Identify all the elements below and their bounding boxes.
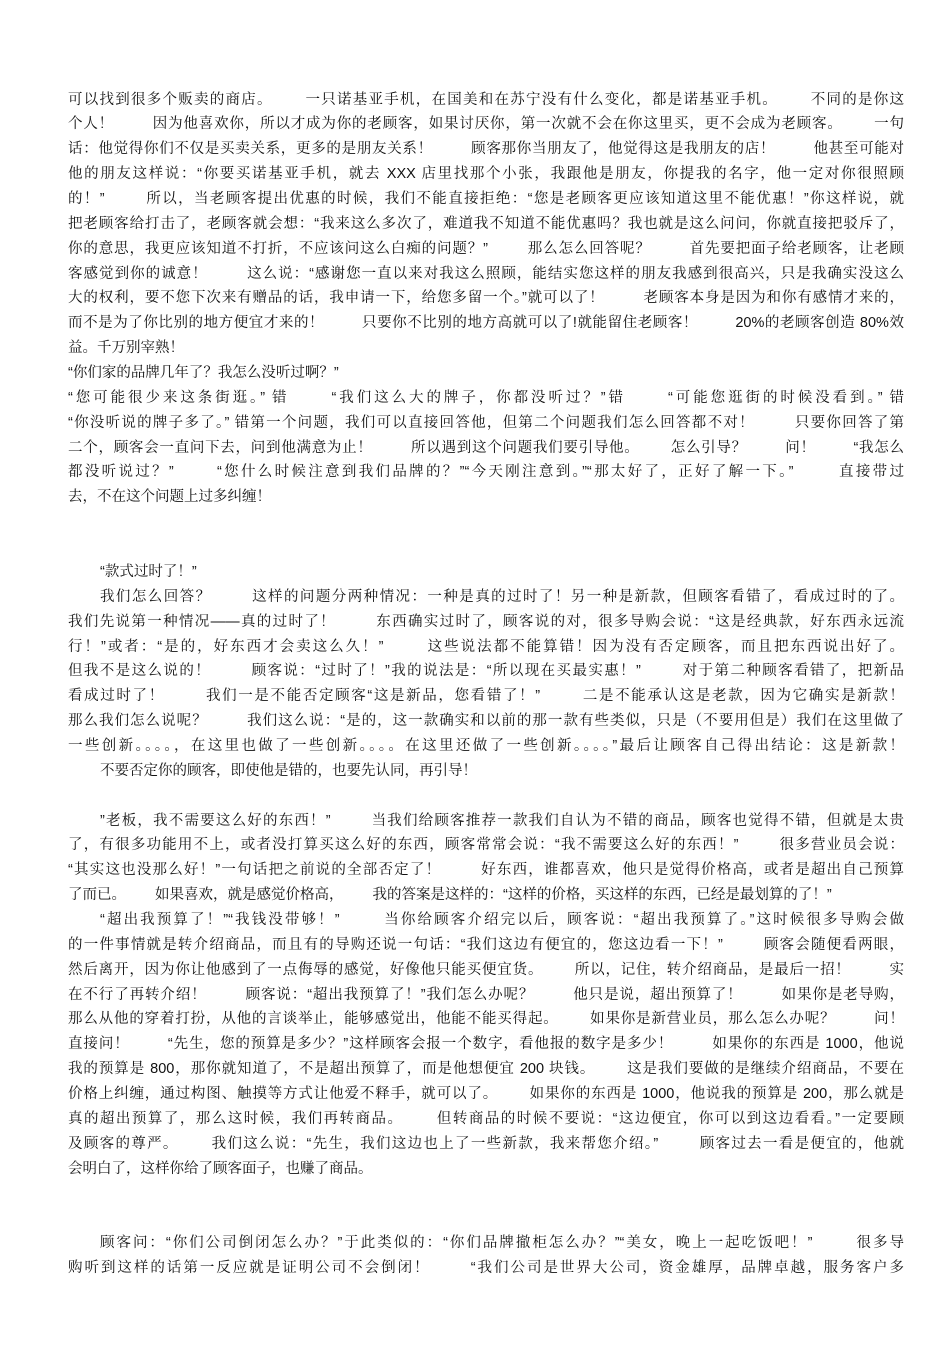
text-line: ”老板，我不需要这么好的东西！” 当我们给顾客推荐一款我们自认为不错的商品，顾客… <box>68 809 904 834</box>
document-page: 可以找到很多个贩卖的商店。 一只诺基亚手机，在国美和在苏宁没有什么变化，都是诺基… <box>68 88 904 1281</box>
text-line: 话：他觉得你们不仅是买卖关系，更多的是朋友关系！ 顾客那你当朋友了，他觉得这是我… <box>68 137 904 162</box>
paragraph-brand-answer: “您可能很少来这条街逛。” 错 “我们这么大的牌子，你都没听过？”错 “可能您逛… <box>68 386 904 510</box>
text-line: 而不是为了你比别的地方便宜才来的！ 只要你不比别的地方高就可以了!就能留住老顾客… <box>68 311 904 336</box>
section-company-closure: 顾客问：“你们公司倒闭怎么办？”于此类似的：“你们品牌撤柜怎么办？”“美女，晚上… <box>68 1231 904 1281</box>
text-line: 不要否定你的顾客，即使他是错的，也要先认同，再引导！ <box>68 759 904 784</box>
paragraph-dont-need-expensive: ”老板，我不需要这么好的东西！” 当我们给顾客推荐一款我们自认为不错的商品，顾客… <box>68 809 904 908</box>
text-line: 但我不是这么说的！ 顾客说：“过时了！”我的说法是：“所以现在买最实惠！” 对于… <box>68 659 904 684</box>
paragraph-style-question: “款式过时了！” <box>68 560 904 585</box>
text-line: 直接问！ “先生，您的预算是多少？”这样顾客会报一个数字，看他报的数字是多少！ … <box>68 1032 904 1057</box>
paragraph-budget-exceeded: “超出我预算了！”“我钱没带够！” 当你给顾客介绍完以后，顾客说：“超出我预算了… <box>68 908 904 1181</box>
text-line: 我的预算是 800，那你就知道了，不是超出预算了，而是他想便宜 200 块钱。 … <box>68 1057 904 1082</box>
text-line: 二个，顾客会一直问下去，问到他满意为止！ 所以遇到这个问题我们要引导他。 怎么引… <box>68 436 904 461</box>
text-line: “其实这也没那么好！”一句话把之前说的全部否定了！ 好东西，谁都喜欢，他只是觉得… <box>68 858 904 883</box>
text-line: 购听到这样的话第一反应就是证明公司不会倒闭！ “我们公司是世界大公司，资金雄厚，… <box>68 1256 904 1281</box>
text-line: “超出我预算了！”“我钱没带够！” 当你给顾客介绍完以后，顾客说：“超出我预算了… <box>68 908 904 933</box>
text-line: 去，不在这个问题上过多纠缠！ <box>68 485 904 510</box>
text-line: 可以找到很多个贩卖的商店。 一只诺基亚手机，在国美和在苏宁没有什么变化，都是诺基… <box>68 88 904 113</box>
text-line: 及顾客的尊严。 我们这么说：“先生，我们这边也上了一些新款，我来帮您介绍。” 顾… <box>68 1132 904 1157</box>
text-line: 的一件事情就是转介绍商品，而且有的导购还说一句话：“我们这边有便宜的，您这边看一… <box>68 933 904 958</box>
paragraph-brand-question: “你们家的品牌几年了？我怎么没听过啊？” <box>68 361 904 386</box>
text-line: 把老顾客给打击了，老顾客就会想：“我来这么多次了，难道我不知道不能优惠吗？我也就… <box>68 212 904 237</box>
text-line: 在不行了再转介绍！ 顾客说：“超出我预算了！”我们怎么办呢？ 他只是说，超出预算… <box>68 983 904 1008</box>
paragraph-style-answer: 我们怎么回答？ 这样的问题分两种情况：一种是真的过时了！另一种是新款，但顾客看错… <box>68 585 904 759</box>
text-line: 你的意思，我更应该知道不打折，不应该问这么白痴的问题？” 那么怎么回答呢？ 首先… <box>68 237 904 262</box>
text-line: 他的朋友这样说：“你要买诺基亚手机，就去 XXX 店里找那个小张，我跟他是朋友，… <box>68 162 904 187</box>
paragraph-company-closure: 顾客问：“你们公司倒闭怎么办？”于此类似的：“你们品牌撤柜怎么办？”“美女，晚上… <box>68 1231 904 1281</box>
text-line: 个人！ 因为他喜欢你，所以才成为你的老顾客，如果讨厌你，第一次就不会在你这里买，… <box>68 112 904 137</box>
paragraph-style-summary: 不要否定你的顾客，即使他是错的，也要先认同，再引导！ <box>68 759 904 784</box>
text-line: 行！”或者：“是的，好东西才会卖这么久！” 这些说法都不能算错！因为没有否定顾客… <box>68 635 904 660</box>
text-line: 都没听说过？” “您什么时候注意到我们品牌的？”“今天刚注意到。”“那太好了，正… <box>68 460 904 485</box>
text-line: 大的权利，要不您下次来有赠品的话，我申请一下，给您多留一个。”就可以了！ 老顾客… <box>68 286 904 311</box>
text-line: “您可能很少来这条街逛。” 错 “我们这么大的牌子，你都没听过？”错 “可能您逛… <box>68 386 904 411</box>
text-line: 那么我们怎么说呢？ 我们这么说：“是的，这一款确实和以前的那一款有些类似，只是（… <box>68 709 904 734</box>
text-line: 了而已。 如果喜欢，就是感觉价格高， 我的答案是这样的：“这样的价格，买这样的东… <box>68 883 904 908</box>
paragraph-old-customer-discount: 可以找到很多个贩卖的商店。 一只诺基亚手机，在国美和在苏宁没有什么变化，都是诺基… <box>68 88 904 361</box>
text-line: 然后离开，因为你让他感到了一点侮辱的感觉，好像他只能买便宜货。 所以，记住，转介… <box>68 958 904 983</box>
text-line: 客感觉到你的诚意！ 这么说：“感谢您一直以来对我这么照顾，能结实您这样的朋友我感… <box>68 262 904 287</box>
text-line: 那么从他的穿着打扮，从他的言谈举止，能够感觉出，他能不能买得起。 如果你是新营业… <box>68 1007 904 1032</box>
text-line: 了，有很多功能用不上，或者没打算买这么好的东西，顾客常常会说：“我不需要这么好的… <box>68 833 904 858</box>
text-line: 益。千万别宰熟！ <box>68 336 904 361</box>
text-line: 顾客问：“你们公司倒闭怎么办？”于此类似的：“你们品牌撤柜怎么办？”“美女，晚上… <box>68 1231 904 1256</box>
text-line: 会明白了，这样你给了顾客面子，也赚了商品。 <box>68 1157 904 1182</box>
text-line: 我们先说第一种情况——真的过时了！ 东西确实过时了，顾客说的对，很多导购会说：“… <box>68 610 904 635</box>
text-line: 真的超出预算了，那么这时候，我们再转商品。 但转商品的时候不要说：“这边便宜，你… <box>68 1107 904 1132</box>
text-line: 的！” 所以，当老顾客提出优惠的时候，我们不能直接拒绝：“您是老顾客更应该知道这… <box>68 187 904 212</box>
section-over-budget: ”老板，我不需要这么好的东西！” 当我们给顾客推荐一款我们自认为不错的商品，顾客… <box>68 809 904 1182</box>
text-line: 看成过时了！ 我们一是不能否定顾客“这是新品，您看错了！” 二是不能承认这是老款… <box>68 684 904 709</box>
question-heading: “你们家的品牌几年了？我怎么没听过啊？” <box>68 361 904 386</box>
question-heading: “款式过时了！” <box>68 560 904 585</box>
text-line: 价格上纠缠，通过构图、触摸等方式让他爱不释手，就可以了。 如果你的东西是 100… <box>68 1082 904 1107</box>
text-line: “你没听说的牌子多了。” 错第一个问题，我们可以直接回答他，但第二个问题我们怎么… <box>68 411 904 436</box>
section-old-customers: 可以找到很多个贩卖的商店。 一只诺基亚手机，在国美和在苏宁没有什么变化，都是诺基… <box>68 88 904 511</box>
text-line: 我们怎么回答？ 这样的问题分两种情况：一种是真的过时了！另一种是新款，但顾客看错… <box>68 585 904 610</box>
text-line: 一些创新。。。。，在这里也做了一些创新。。。。在这里还做了一些创新。。。。”最后… <box>68 734 904 759</box>
section-style-outdated: “款式过时了！” 我们怎么回答？ 这样的问题分两种情况：一种是真的过时了！另一种… <box>68 560 904 784</box>
